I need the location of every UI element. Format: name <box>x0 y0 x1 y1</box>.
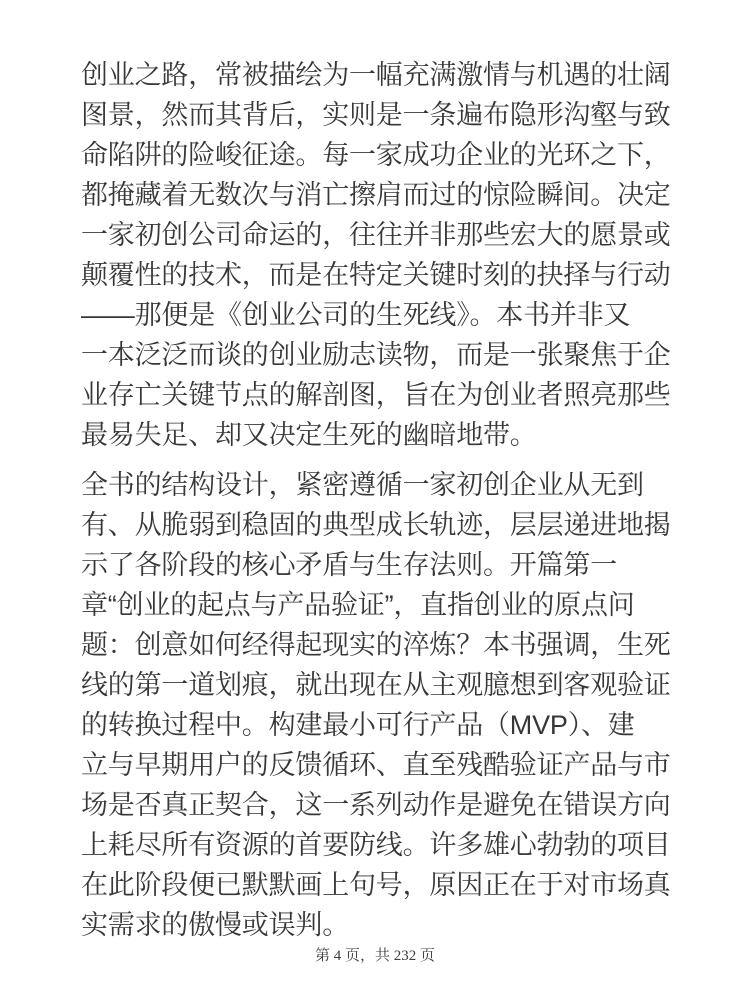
text-line: 在此阶段便已默默画上句号，原因正在于对市场真 <box>81 865 681 905</box>
page-number-indicator: 第 4 页，共 232 页 <box>0 946 750 966</box>
text-line: 一家初创公司命运的，往往并非那些宏大的愿景或 <box>81 215 681 255</box>
text-line: 章“创业的起点与产品验证”，直指创业的原点问 <box>81 585 681 625</box>
text-line: 业存亡关键节点的解剖图，旨在为创业者照亮那些 <box>81 375 681 415</box>
text-line: 最易失足、却又决定生死的幽暗地带。 <box>81 415 681 455</box>
text-line: 立与早期用户的反馈循环、直至残酷验证产品与市 <box>81 745 681 785</box>
text-line: 实需求的傲慢或误判。 <box>81 905 681 945</box>
paragraph: 创业之路，常被描绘为一幅充满激情与机遇的壮阔图景，然而其背后，实则是一条遍布隐形… <box>81 55 681 455</box>
text-line: 都掩藏着无数次与消亡擦肩而过的惊险瞬间。决定 <box>81 175 681 215</box>
text-line: 创业之路，常被描绘为一幅充满激情与机遇的壮阔 <box>81 55 681 95</box>
text-line: 一本泛泛而谈的创业励志读物，而是一张聚焦于企 <box>81 335 681 375</box>
text-line: 颠覆性的技术，而是在特定关键时刻的抉择与行动 <box>81 255 681 295</box>
text-line: 的转换过程中。构建最小可行产品（MVP）、建 <box>81 705 681 745</box>
text-line: ——那便是《创业公司的生死线》。本书并非又 <box>81 295 681 335</box>
text-line: 线的第一道划痕，就出现在从主观臆想到客观验证 <box>81 665 681 705</box>
document-page: 创业之路，常被描绘为一幅充满激情与机遇的壮阔图景，然而其背后，实则是一条遍布隐形… <box>0 0 750 1000</box>
page-text: 创业之路，常被描绘为一幅充满激情与机遇的壮阔图景，然而其背后，实则是一条遍布隐形… <box>81 55 681 945</box>
text-line: 有、从脆弱到稳固的典型成长轨迹，层层递进地揭 <box>81 505 681 545</box>
paragraph: 全书的结构设计，紧密遵循一家初创企业从无到有、从脆弱到稳固的典型成长轨迹，层层递… <box>81 465 681 945</box>
text-line: 命陷阱的险峻征途。每一家成功企业的光环之下， <box>81 135 681 175</box>
text-line: 全书的结构设计，紧密遵循一家初创企业从无到 <box>81 465 681 505</box>
text-line: 场是否真正契合，这一系列动作是避免在错误方向 <box>81 785 681 825</box>
text-line: 示了各阶段的核心矛盾与生存法则。开篇第一 <box>81 545 681 585</box>
text-line: 图景，然而其背后，实则是一条遍布隐形沟壑与致 <box>81 95 681 135</box>
text-line: 题：创意如何经得起现实的淬炼？本书强调，生死 <box>81 625 681 665</box>
text-line: 上耗尽所有资源的首要防线。许多雄心勃勃的项目 <box>81 825 681 865</box>
